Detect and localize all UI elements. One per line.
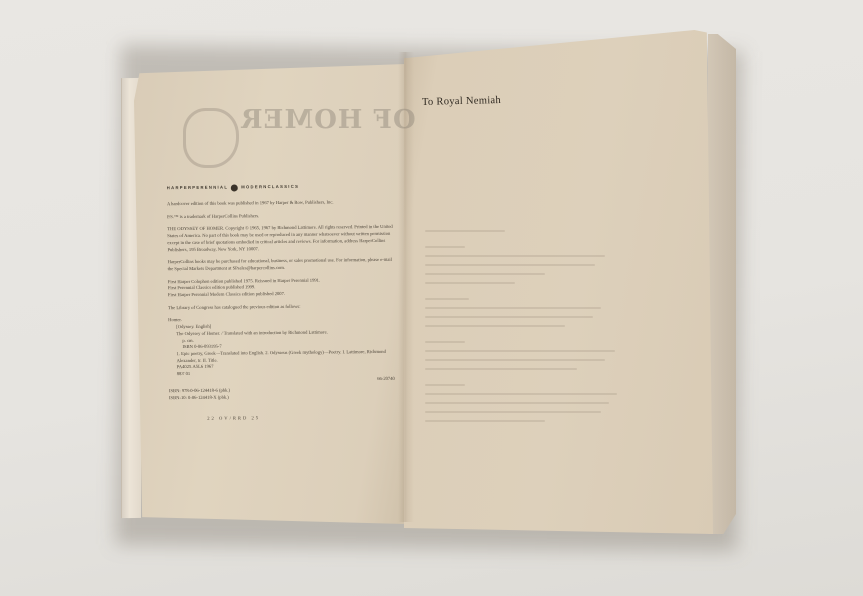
- imprint-left: HARPERPERENNIAL: [167, 185, 228, 192]
- edition-line: First Perennial Classics edition publish…: [168, 285, 256, 291]
- cip-block: Homer. [Odyssey. English] The Odyssey of…: [168, 315, 395, 384]
- isbn-10: ISBN-10: 0-06-124418-X (pbk.): [169, 393, 395, 402]
- dedication-text: To Royal Nemiah: [422, 95, 501, 108]
- edition-line: First Harper Perennial Modern Classics e…: [168, 291, 285, 297]
- copyright-paragraph: THE ODYSSEY OF HOMER. Copyright © 1965, …: [167, 224, 393, 253]
- page-stack-right-edge: [708, 34, 736, 534]
- copyright-block: HARPERPERENNIAL MODERNCLASSICS A hardcov…: [167, 183, 395, 423]
- publisher-imprint: HARPERPERENNIAL MODERNCLASSICS: [167, 183, 393, 192]
- bleed-through-title: OF HOMER: [240, 105, 416, 135]
- edition-line: First Harper Colophon edition published …: [168, 277, 320, 284]
- isbn-block: ISBN: 978-0-06-124418-6 (pbk.) ISBN-10: …: [169, 386, 395, 402]
- edition-history: First Harper Colophon edition published …: [168, 276, 394, 298]
- cip-lccn: 66-20740: [169, 376, 395, 385]
- torch-logo-icon: [231, 184, 238, 191]
- copyright-paragraph: A hardcover edition of this book was pub…: [167, 199, 393, 208]
- copyright-paragraph: HarperCollins books may be purchased for…: [168, 257, 394, 273]
- library-note: The Library of Congress has catalogued t…: [168, 303, 394, 312]
- copyright-paragraph: P.S.™ is a trademark of HarperCollins Pu…: [167, 212, 393, 221]
- bleed-through-emblem-icon: [183, 108, 239, 168]
- imprint-right: MODERNCLASSICS: [241, 184, 299, 191]
- bleed-through-text-right: [425, 230, 625, 429]
